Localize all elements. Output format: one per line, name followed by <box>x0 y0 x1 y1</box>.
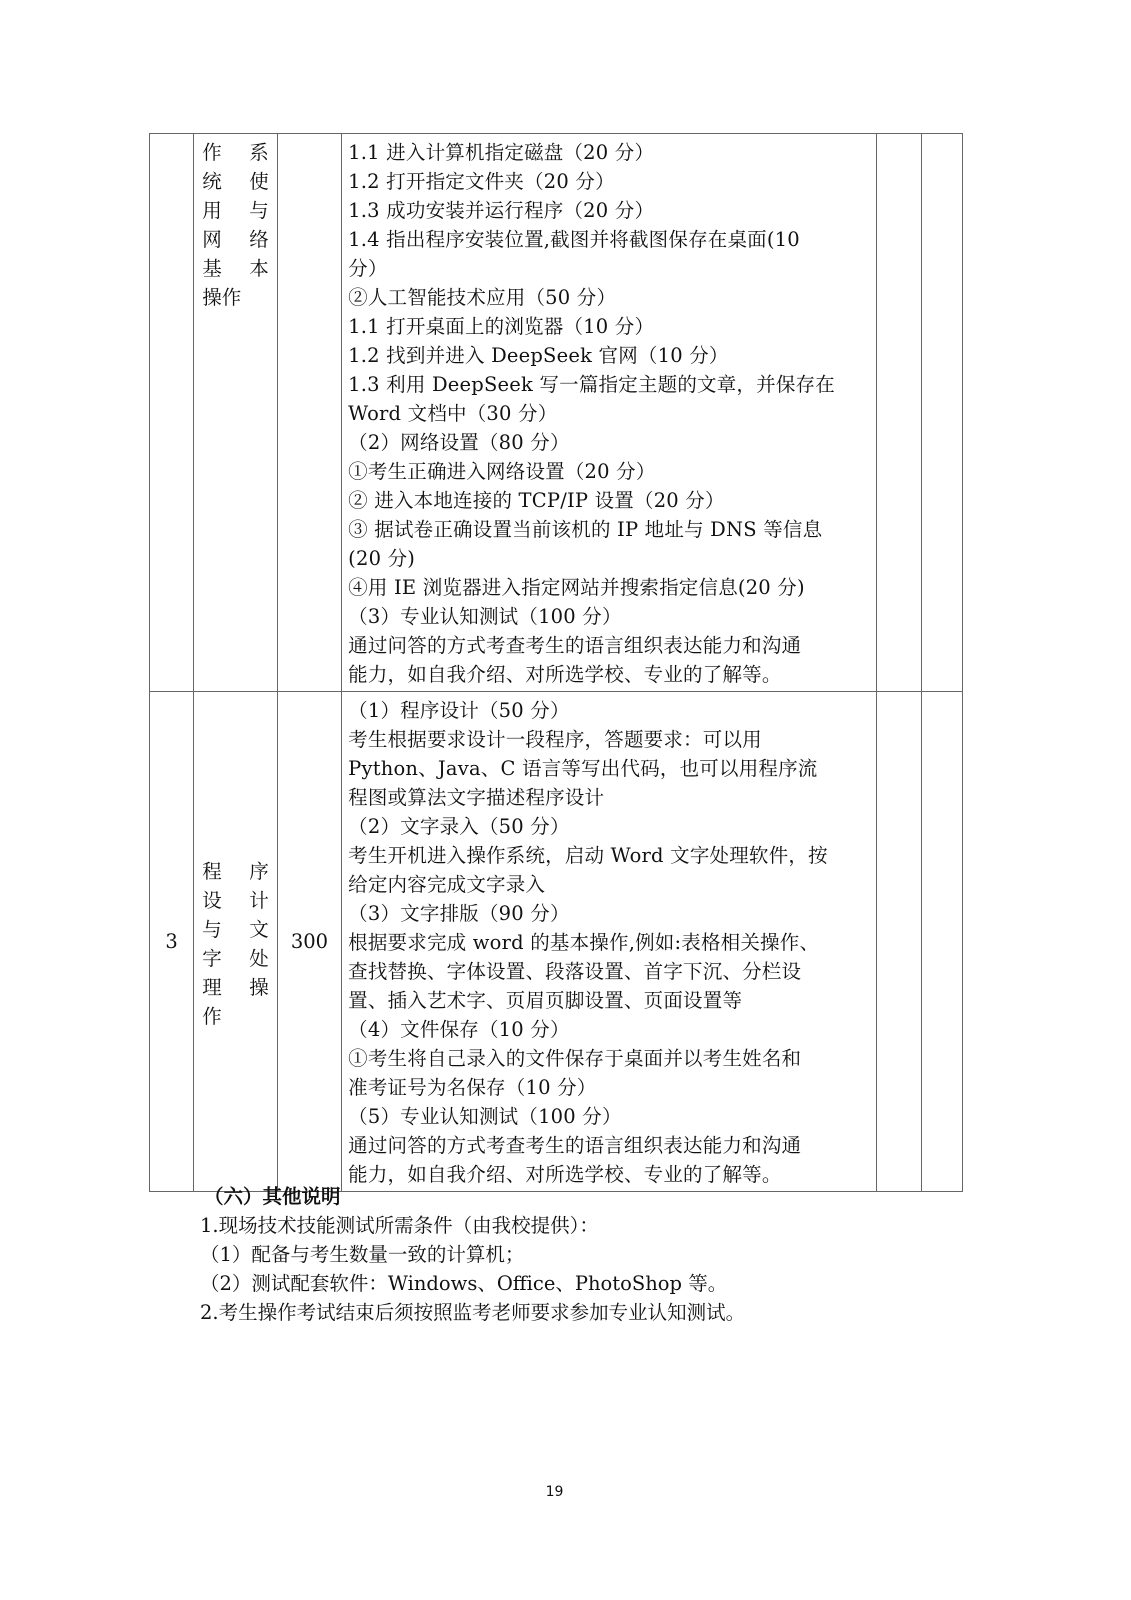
name-char: 程 <box>202 857 235 886</box>
section-heading: （六）其他说明 <box>200 1182 745 1211</box>
content-line: 程图或算法文字描述程序设计 <box>348 783 870 812</box>
content-line: （1）程序设计（50 分） <box>348 696 870 725</box>
name-char: 设 <box>202 886 235 915</box>
content-line: 查找替换、字体设置、段落设置、首字下沉、分栏设 <box>348 957 870 986</box>
score-cell: 300 <box>277 692 341 1192</box>
note-item: （1）配备与考生数量一致的计算机； <box>200 1240 745 1269</box>
page-number: 19 <box>0 1484 1109 1500</box>
content-line: 给定内容完成文字录入 <box>348 870 870 899</box>
content-line: 考生开机进入操作系统，启动 Word 文字处理软件，按 <box>348 841 870 870</box>
content-cell: 1.1 进入计算机指定磁盘（20 分） 1.2 打开指定文件夹（20 分） 1.… <box>342 134 877 692</box>
content-line: 分） <box>348 254 870 283</box>
name-char: 作 <box>202 138 235 167</box>
other-notes-section: （六）其他说明 1.现场技术技能测试所需条件（由我校提供）： （1）配备与考生数… <box>200 1182 745 1327</box>
content-line: ②人工智能技术应用（50 分） <box>348 283 870 312</box>
name-char: 与 <box>236 196 269 225</box>
content-line: 准考证号为名保存（10 分） <box>348 1073 870 1102</box>
content-line: (20 分) <box>348 544 870 573</box>
name-char: 序 <box>236 857 269 886</box>
name-char: 络 <box>236 225 269 254</box>
content-line: ③ 据试卷正确设置当前该机的 IP 地址与 DNS 等信息 <box>348 515 870 544</box>
empty-cell <box>921 692 962 1192</box>
name-char: 本 <box>236 254 269 283</box>
document-page: 作 系 统 使 用 与 网 络 基 本 操作 1.1 进入计算机 <box>0 0 1131 1600</box>
content-line: 能力，如自我介绍、对所选学校、专业的了解等。 <box>348 660 870 689</box>
content-line: 1.4 指出程序安装位置,截图并将截图保存在桌面(10 <box>348 225 870 254</box>
content-line: ①考生将自己录入的文件保存于桌面并以考生姓名和 <box>348 1044 870 1073</box>
empty-cell <box>877 134 921 692</box>
name-char: 统 <box>202 167 235 196</box>
content-line: （2）文字录入（50 分） <box>348 812 870 841</box>
content-line: 通过问答的方式考查考生的语言组织表达能力和沟通 <box>348 1131 870 1160</box>
content-line: 根据要求完成 word 的基本操作,例如:表格相关操作、 <box>348 928 870 957</box>
content-line: ①考生正确进入网络设置（20 分） <box>348 457 870 486</box>
content-line: 1.1 打开桌面上的浏览器（10 分） <box>348 312 870 341</box>
table-row: 作 系 统 使 用 与 网 络 基 本 操作 1.1 进入计算机 <box>150 134 963 692</box>
table-row: 3 程 序 设 计 与 文 字 处 理 操 作 <box>150 692 963 1192</box>
content-line: （3）文字排版（90 分） <box>348 899 870 928</box>
module-name-cell: 作 系 统 使 用 与 网 络 基 本 操作 <box>194 134 278 692</box>
content-line: （5）专业认知测试（100 分） <box>348 1102 870 1131</box>
score-cell <box>277 134 341 692</box>
content-line: ② 进入本地连接的 TCP/IP 设置（20 分） <box>348 486 870 515</box>
content-line: 1.2 打开指定文件夹（20 分） <box>348 167 870 196</box>
name-char: 文 <box>236 915 269 944</box>
name-char: 理 <box>202 973 235 1002</box>
name-tail: 作 <box>202 1002 269 1031</box>
exam-content-table: 作 系 统 使 用 与 网 络 基 本 操作 1.1 进入计算机 <box>149 133 963 1192</box>
note-item: （2）测试配套软件：Windows、Office、PhotoShop 等。 <box>200 1269 745 1298</box>
module-name-cell: 程 序 设 计 与 文 字 处 理 操 作 <box>194 692 278 1192</box>
content-line: Word 文档中（30 分） <box>348 399 870 428</box>
empty-cell <box>877 692 921 1192</box>
name-char: 处 <box>236 944 269 973</box>
content-line: Python、Java、C 语言等写出代码，也可以用程序流 <box>348 754 870 783</box>
content-line: 通过问答的方式考查考生的语言组织表达能力和沟通 <box>348 631 870 660</box>
content-line: （2）网络设置（80 分） <box>348 428 870 457</box>
name-char: 网 <box>202 225 235 254</box>
name-char: 字 <box>202 944 235 973</box>
note-item: 1.现场技术技能测试所需条件（由我校提供）： <box>200 1211 745 1240</box>
content-line: 置、插入艺术字、页眉页脚设置、页面设置等 <box>348 986 870 1015</box>
name-char: 计 <box>236 886 269 915</box>
note-item: 2.考生操作考试结束后须按照监考老师要求参加专业认知测试。 <box>200 1298 745 1327</box>
row-number-cell: 3 <box>150 692 194 1192</box>
name-char: 系 <box>236 138 269 167</box>
content-line: 1.3 利用 DeepSeek 写一篇指定主题的文章，并保存在 <box>348 370 870 399</box>
name-char: 使 <box>236 167 269 196</box>
name-tail: 操作 <box>202 283 269 312</box>
content-line: （4）文件保存（10 分） <box>348 1015 870 1044</box>
content-line: 考生根据要求设计一段程序，答题要求：可以用 <box>348 725 870 754</box>
row-number-cell <box>150 134 194 692</box>
content-line: ④用 IE 浏览器进入指定网站并搜索指定信息(20 分) <box>348 573 870 602</box>
content-line: 1.2 找到并进入 DeepSeek 官网（10 分） <box>348 341 870 370</box>
empty-cell <box>921 134 962 692</box>
content-line: 1.1 进入计算机指定磁盘（20 分） <box>348 138 870 167</box>
content-line: （3）专业认知测试（100 分） <box>348 602 870 631</box>
name-char: 与 <box>202 915 235 944</box>
content-cell: （1）程序设计（50 分） 考生根据要求设计一段程序，答题要求：可以用 Pyth… <box>342 692 877 1192</box>
name-char: 用 <box>202 196 235 225</box>
content-line: 1.3 成功安装并运行程序（20 分） <box>348 196 870 225</box>
name-char: 操 <box>236 973 269 1002</box>
name-char: 基 <box>202 254 235 283</box>
